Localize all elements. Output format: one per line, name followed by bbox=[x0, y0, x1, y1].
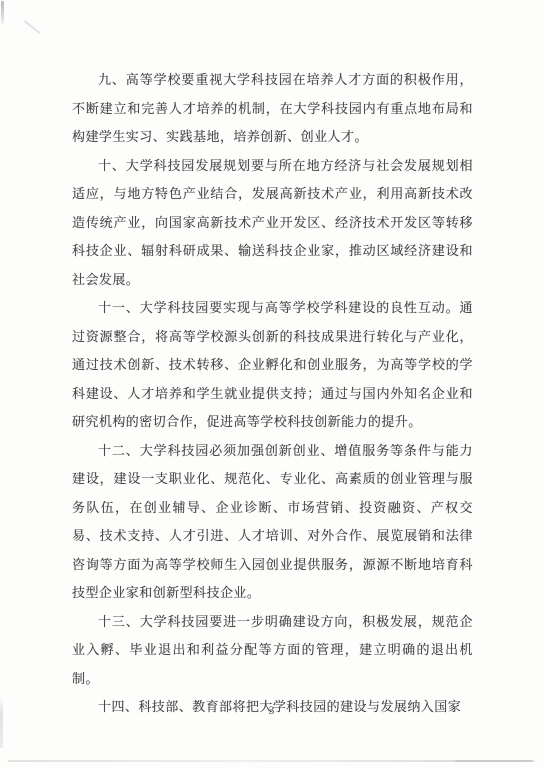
page-number: 3 bbox=[0, 705, 543, 717]
scan-artifact-smudge bbox=[24, 20, 41, 34]
scan-artifact-bottom-edge-line-dark bbox=[455, 760, 533, 762]
paragraph-item-12: 十二、大学科技园必须加强创新创业、增值服务等条件与能力建设，建设一支职业化、规范… bbox=[72, 437, 473, 608]
paragraph-item-10: 十、大学科技园发展规划要与所在地方经济与社会发展规划相适应，与地方特色产业结合，… bbox=[72, 152, 473, 295]
paragraph-item-9: 九、高等学校要重视大学科技园在培养人才方面的积极作用，不断建立和完善人才培养的机… bbox=[72, 66, 473, 152]
document-page: 九、高等学校要重视大学科技园在培养人才方面的积极作用，不断建立和完善人才培养的机… bbox=[0, 0, 543, 768]
scan-artifact-left-edge-top bbox=[1, 1, 4, 25]
paragraph-item-13: 十三、大学科技园要进一步明确建设方向，积极发展，规范企业入孵、毕业退出和利益分配… bbox=[72, 608, 473, 694]
scan-artifact-bottom-edge-line bbox=[8, 760, 535, 762]
paragraph-item-11: 十一、大学科技园要实现与高等学校学科建设的良性互动。通过资源整合，将高等学校源头… bbox=[72, 294, 473, 437]
document-body: 九、高等学校要重视大学科技园在培养人才方面的积极作用，不断建立和完善人才培养的机… bbox=[72, 66, 473, 722]
